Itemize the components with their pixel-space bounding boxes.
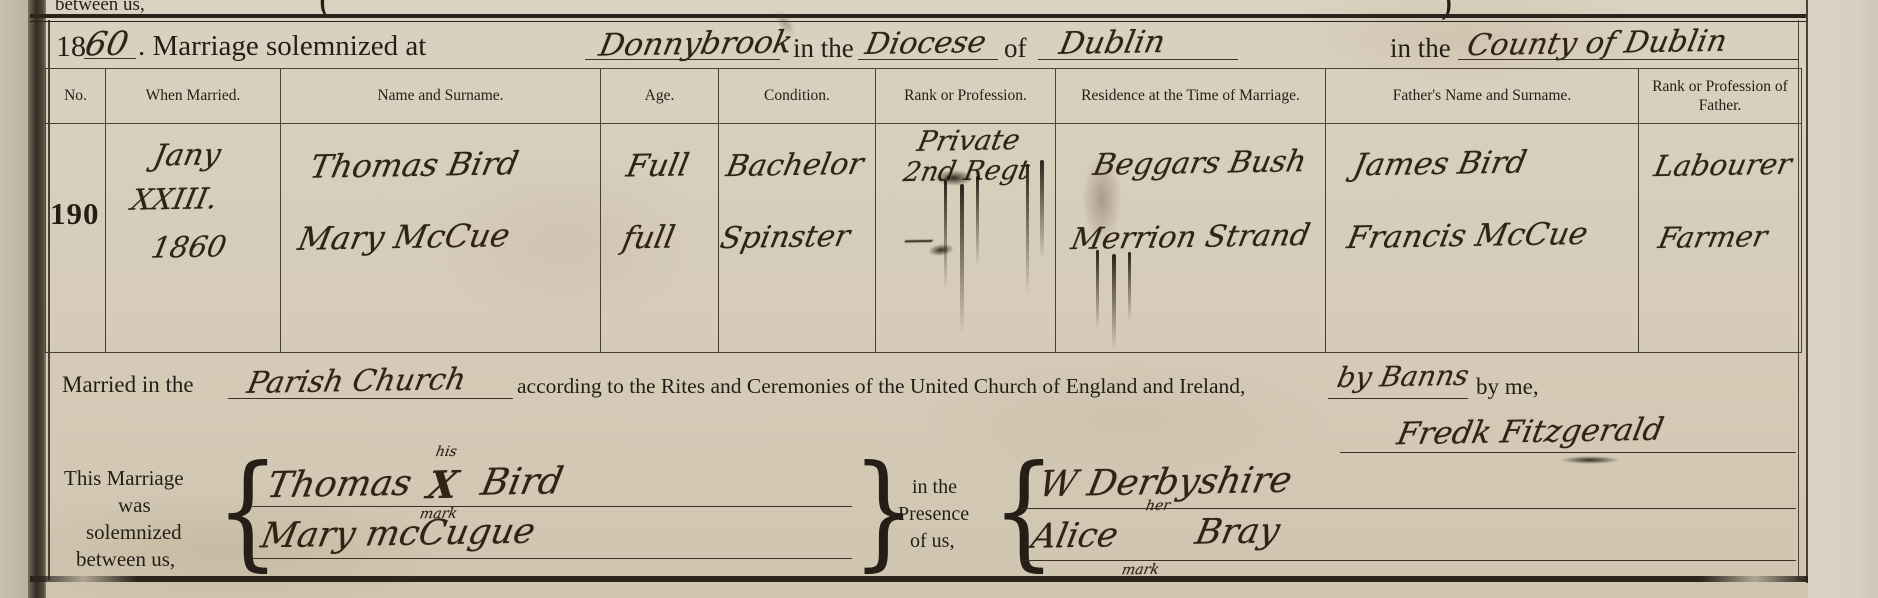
ink-drip [976, 176, 979, 266]
presence-label-line1: in the [912, 476, 957, 499]
top-thin-rule [30, 21, 1806, 22]
cell-names: Thomas Bird Mary McCue [281, 124, 601, 353]
header-in-the-1: in the [793, 33, 854, 64]
ink-drip [1096, 250, 1099, 330]
table-header-row: No. When Married. Name and Surname. Age.… [46, 69, 1802, 124]
groom-mark-x: X [424, 462, 462, 508]
groom-age: Full [623, 147, 692, 184]
groom-rank-line1: Private [915, 123, 1023, 158]
cell-ages: Full full [601, 124, 719, 353]
previous-record-brace-open: ( [318, 0, 331, 22]
groom-residence: Beggars Bush [1090, 144, 1309, 183]
cell-no: 190 [46, 124, 106, 353]
solemnized-label-line3: solemnized [86, 520, 182, 545]
col-header-name-surname: Name and Surname. [281, 69, 601, 124]
date-day: XXIII. [129, 181, 221, 216]
col-header-rank-profession: Rank or Profession. [876, 69, 1056, 124]
groom-father-name: James Bird [1350, 145, 1529, 184]
solemnized-brace-open: { [216, 437, 280, 583]
cell-residences: Beggars Bush Merrion Strand [1056, 124, 1326, 353]
ink-smear [1082, 154, 1122, 244]
witness2-mark-her: her [1144, 498, 1171, 514]
header-county-handwritten: County of Dublin [1464, 24, 1730, 63]
date-month: Jany [150, 137, 223, 173]
header-in-the-2: in the [1390, 33, 1451, 64]
register-table: No. When Married. Name and Surname. Age.… [45, 68, 1802, 353]
top-heavy-rule [30, 14, 1806, 18]
bride-age: full [619, 220, 677, 257]
solemnized-label-line1: This Marriage [64, 466, 184, 491]
bottom-heavy-rule [30, 576, 1808, 582]
married-in-the-label: Married in the [62, 372, 194, 398]
groom-name: Thomas Bird [307, 144, 522, 186]
col-header-fathers-name: Father's Name and Surname. [1326, 69, 1639, 124]
header-diocese-handwritten: Diocese [862, 25, 989, 62]
cell-ranks: Private 2nd Regt — [876, 124, 1056, 353]
ink-drip [1112, 254, 1116, 350]
record-number: 190 [50, 196, 100, 232]
witness1-signature-line [1022, 508, 1796, 509]
book-binding-edge [28, 0, 46, 598]
header-year-underline [84, 58, 136, 59]
bride-signature-line [252, 558, 852, 559]
cell-when-married: Jany XXIII. 1860 [106, 124, 281, 353]
col-header-when-married: When Married. [106, 69, 281, 124]
presence-label-line2: Presence [898, 503, 969, 526]
by-me-label: by me, [1476, 374, 1539, 400]
col-header-age: Age. [601, 69, 719, 124]
cell-fathers-ranks: Labourer Farmer [1639, 124, 1802, 353]
groom-signature-first: Thomas [264, 463, 415, 506]
cell-conditions: Bachelor Spinster [719, 124, 876, 353]
ink-drip [1026, 164, 1029, 294]
witness2-signature-line [1022, 560, 1796, 561]
ink-drip [960, 184, 964, 334]
presence-label-line3: of us, [910, 530, 954, 553]
bride-signature: Mary mcCugue [258, 512, 539, 557]
presence-brace-open: { [992, 437, 1056, 583]
record-row: 190 Jany XXIII. 1860 Thomas Bird Mary Mc… [46, 124, 1802, 353]
col-header-no: No. [46, 69, 106, 124]
banns-underline [1328, 398, 1468, 399]
officiant-signature: Fredk Fitzgerald [1394, 412, 1667, 453]
groom-condition: Bachelor [723, 147, 866, 184]
cell-fathers-names: James Bird Francis McCue [1326, 124, 1639, 353]
witness2-signature-first: Alice [1028, 515, 1122, 556]
rites-text: according to the Rites and Ceremonies of… [517, 374, 1245, 399]
header-place-handwritten: Donnybrook [596, 24, 795, 63]
banns-handwritten: by Banns [1335, 359, 1472, 394]
groom-signature-line [252, 506, 852, 507]
bride-name: Mary McCue [295, 216, 513, 258]
church-handwritten: Parish Church [244, 362, 469, 401]
header-year-printed: 18 [56, 30, 86, 64]
header-title-text: . Marriage solemnized at [138, 30, 426, 63]
ink-drip [944, 180, 947, 290]
col-header-condition: Condition. [719, 69, 876, 124]
bride-father-name: Francis McCue [1344, 216, 1591, 256]
col-header-residence: Residence at the Time of Marriage. [1056, 69, 1326, 124]
groom-signature-last: Bird [478, 459, 567, 503]
ink-blot [1560, 456, 1620, 464]
groom-mark-his: his [434, 444, 458, 460]
solemnized-label-line2: was [118, 493, 151, 518]
bride-condition: Spinster [717, 219, 853, 256]
date-year: 1860 [149, 229, 230, 264]
ink-drip [1128, 252, 1131, 322]
marriage-register-page: between us, ( ) 18 60 . Marriage solemni… [0, 0, 1878, 598]
page-right-margin [1808, 0, 1878, 598]
ink-blot [934, 170, 974, 186]
page-frame-right-outer [1806, 0, 1808, 583]
header-diocese-name-handwritten: Dublin [1056, 24, 1168, 62]
bride-father-rank: Farmer [1655, 219, 1770, 255]
header-of: of [1004, 33, 1027, 64]
solemnized-label-line4: between us, [76, 547, 175, 572]
col-header-rank-of-father: Rank or Profession of Father. [1639, 69, 1802, 124]
page-left-edge [0, 0, 28, 598]
ink-blot [927, 242, 954, 258]
ink-drip [1040, 160, 1044, 260]
officiant-underline [1340, 452, 1796, 453]
groom-father-rank: Labourer [1651, 147, 1794, 183]
witness2-signature-last: Bray [1192, 511, 1283, 552]
